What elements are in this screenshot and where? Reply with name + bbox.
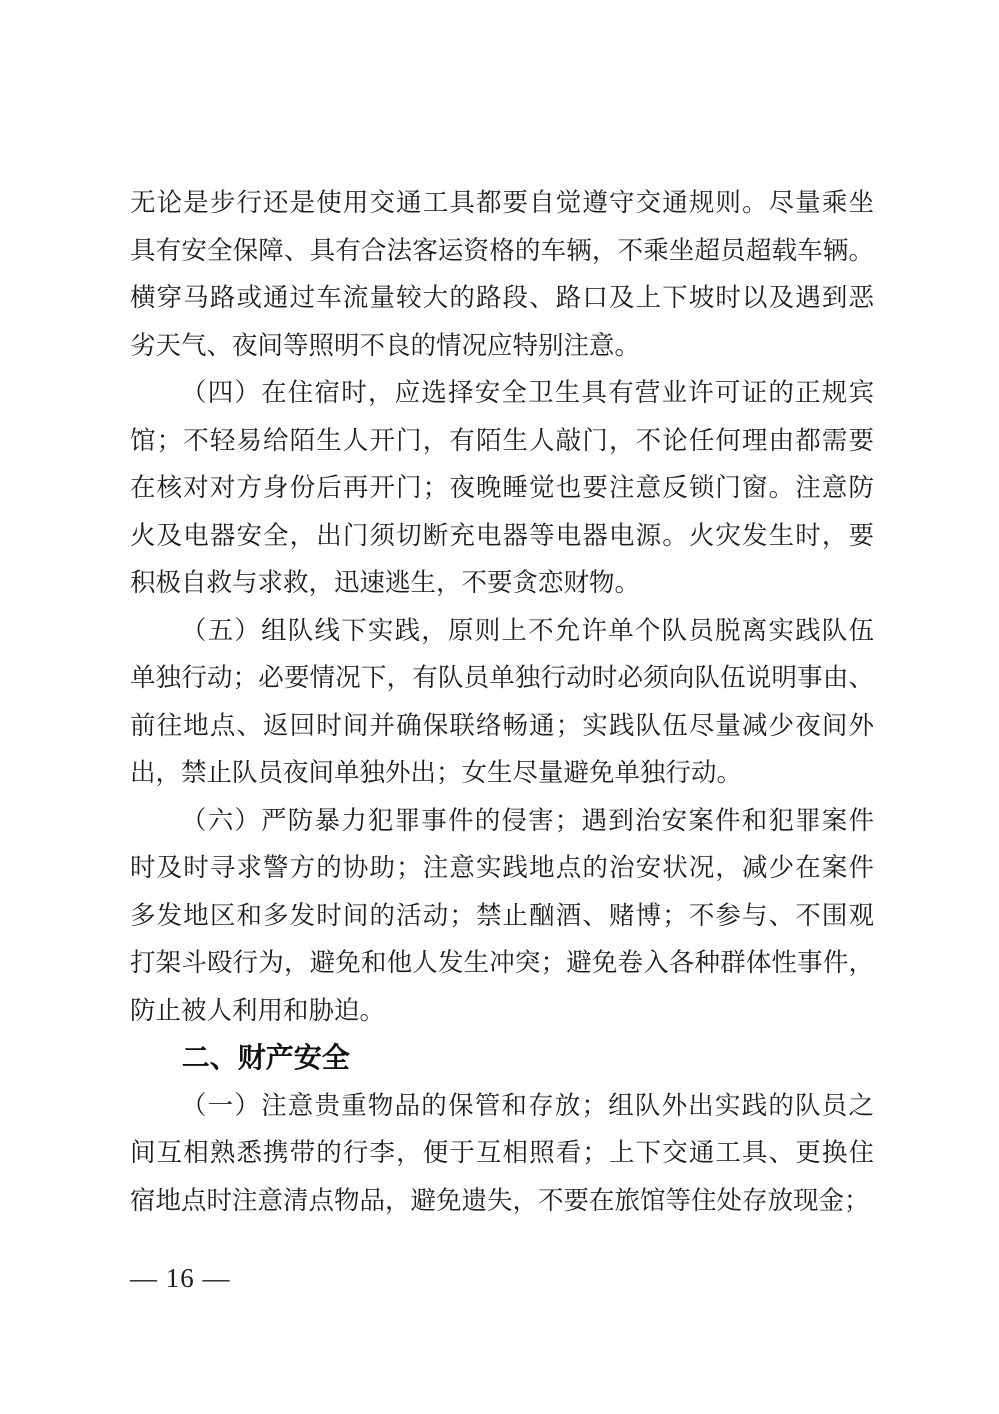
text-line: 多发地区和多发时间的活动；禁止酗酒、赌博；不参与、不围观	[130, 892, 874, 940]
text-line: 宿地点时注意清点物品，避免遗失，不要在旅馆等住处存放现金；	[130, 1177, 874, 1225]
body-text-block: 无论是步行还是使用交通工具都要自觉遵守交通规则。尽量乘坐 具有安全保障、具有合法…	[130, 179, 874, 1224]
paragraph-item-four: （四）在住宿时，应选择安全卫生具有营业许可证的正规宾 馆；不轻易给陌生人开门，有…	[130, 369, 874, 607]
text-line: 打架斗殴行为，避免和他人发生冲突；避免卷入各种群体性事件，	[130, 939, 874, 987]
text-line: 间互相熟悉携带的行李，便于互相照看；上下交通工具、更换住	[130, 1129, 874, 1177]
text-line: 防止被人利用和胁迫。	[130, 987, 874, 1035]
text-line: 无论是步行还是使用交通工具都要自觉遵守交通规则。尽量乘坐	[130, 179, 874, 227]
text-line: 馆；不轻易给陌生人开门，有陌生人敲门，不论任何理由都需要	[130, 417, 874, 465]
paragraph-item-six: （六）严防暴力犯罪事件的侵害；遇到治安案件和犯罪案件 时及时寻求警方的协助；注意…	[130, 797, 874, 1035]
text-line: （五）组队线下实践，原则上不允许单个队员脱离实践队伍	[130, 607, 874, 655]
text-line: 积极自救与求救，迅速逃生，不要贪恋财物。	[130, 559, 874, 607]
text-line: 时及时寻求警方的协助；注意实践地点的治安状况，减少在案件	[130, 844, 874, 892]
text-line: 劣天气、夜间等照明不良的情况应特别注意。	[130, 322, 874, 370]
section-heading: 二、财产安全	[130, 1034, 874, 1082]
text-line: 火及电器安全，出门须切断充电器等电器电源。火灾发生时，要	[130, 512, 874, 560]
document-page: 无论是步行还是使用交通工具都要自觉遵守交通规则。尽量乘坐 具有安全保障、具有合法…	[0, 0, 999, 1414]
paragraph-item-one-property: （一）注意贵重物品的保管和存放；组队外出实践的队员之 间互相熟悉携带的行李，便于…	[130, 1082, 874, 1225]
text-line: 在核对对方身份后再开门；夜晚睡觉也要注意反锁门窗。注意防	[130, 464, 874, 512]
paragraph-continuation: 无论是步行还是使用交通工具都要自觉遵守交通规则。尽量乘坐 具有安全保障、具有合法…	[130, 179, 874, 369]
text-line: 前往地点、返回时间并确保联络畅通；实践队伍尽量减少夜间外	[130, 702, 874, 750]
text-line: （六）严防暴力犯罪事件的侵害；遇到治安案件和犯罪案件	[130, 797, 874, 845]
text-line: 单独行动；必要情况下，有队员单独行动时必须向队伍说明事由、	[130, 654, 874, 702]
text-line: 具有安全保障、具有合法客运资格的车辆，不乘坐超员超载车辆。	[130, 227, 874, 275]
text-line: （一）注意贵重物品的保管和存放；组队外出实践的队员之	[130, 1082, 874, 1130]
text-line: 横穿马路或通过车流量较大的路段、路口及上下坡时以及遇到恶	[130, 274, 874, 322]
page-number: — 16 —	[130, 1258, 231, 1298]
text-line: 出，禁止队员夜间单独外出；女生尽量避免单独行动。	[130, 749, 874, 797]
paragraph-item-five: （五）组队线下实践，原则上不允许单个队员脱离实践队伍 单独行动；必要情况下，有队…	[130, 607, 874, 797]
text-line: （四）在住宿时，应选择安全卫生具有营业许可证的正规宾	[130, 369, 874, 417]
